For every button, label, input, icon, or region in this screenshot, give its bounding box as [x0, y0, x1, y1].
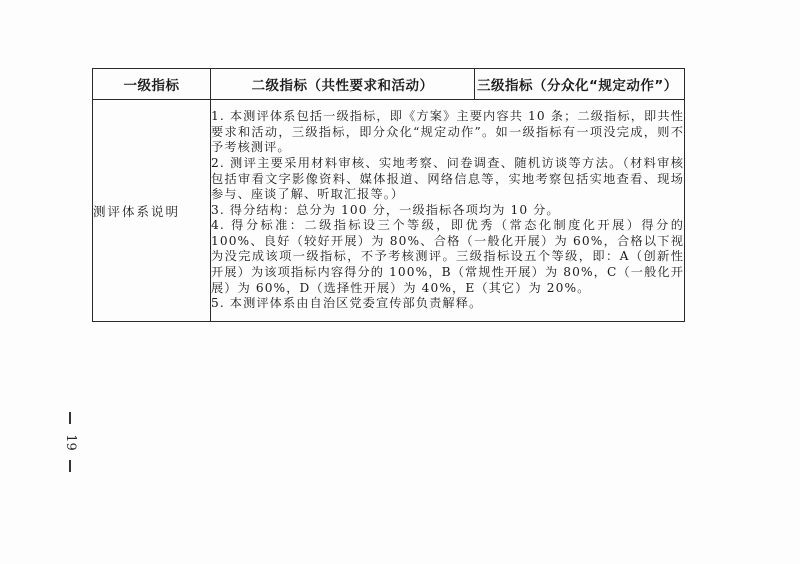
page-number: 19 [58, 412, 82, 472]
table-header-row: 一级指标 二级指标（共性要求和活动） 三级指标（分众化“规定动作”） [93, 69, 685, 100]
paragraph-5: 5. 本测评体系由自治区党委宣传部负责解释。 [211, 296, 684, 312]
page-number-text: 19 [62, 434, 77, 451]
header-level-1: 一级指标 [93, 69, 211, 100]
header-level-3: 三级指标（分众化“规定动作”） [475, 69, 685, 100]
header-level-2: 二级指标（共性要求和活动） [211, 69, 475, 100]
row-label: 测评体系说明 [93, 100, 211, 322]
paragraph-4: 4. 得分标准：二级指标设三个等级，即优秀（常态化制度化开展）得分的 100%、… [211, 218, 684, 296]
page-number-dash-top [69, 412, 70, 424]
description-cell: 1. 本测评体系包括一级指标，即《方案》主要内容共 10 条；二级指标，即共性要… [211, 100, 685, 322]
paragraph-2: 2. 测评主要采用材料审核、实地考察、问卷调查、随机访谈等方法。（材料审核包括审… [211, 156, 684, 203]
paragraph-1: 1. 本测评体系包括一级指标，即《方案》主要内容共 10 条；二级指标，即共性要… [211, 109, 684, 156]
table-row: 测评体系说明 1. 本测评体系包括一级指标，即《方案》主要内容共 10 条；二级… [93, 100, 685, 322]
paragraph-3: 3. 得分结构：总分为 100 分，一级指标各项均为 10 分。 [211, 203, 684, 219]
page-number-dash-bottom [69, 460, 70, 472]
evaluation-table: 一级指标 二级指标（共性要求和活动） 三级指标（分众化“规定动作”） 测评体系说… [92, 68, 685, 322]
